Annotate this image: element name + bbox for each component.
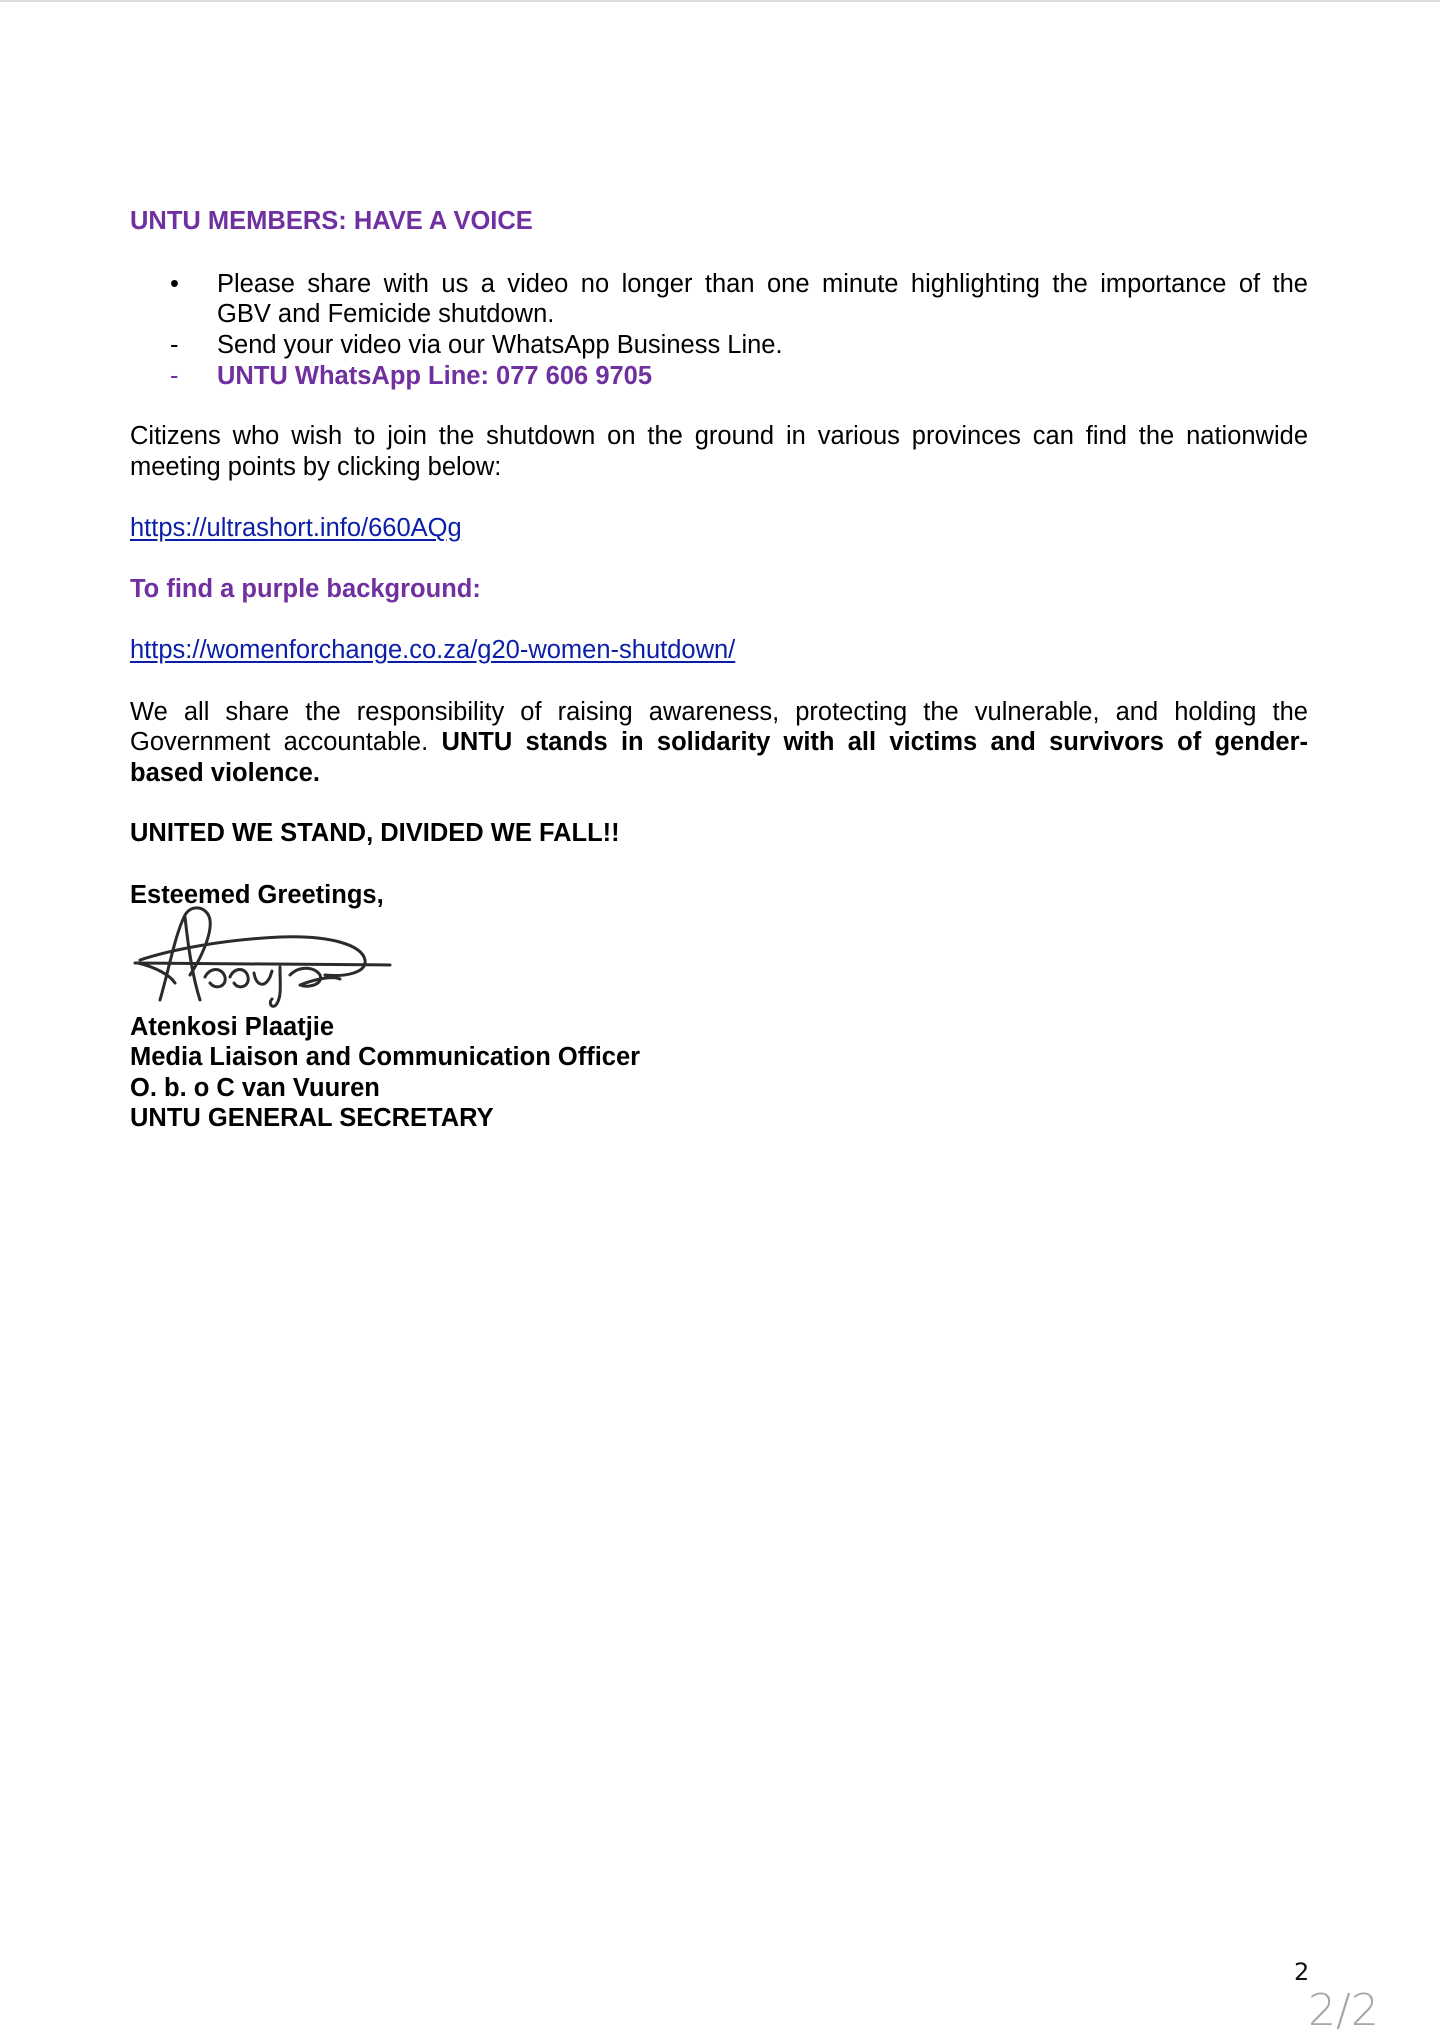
purple-background-label: To find a purple background:: [130, 574, 481, 605]
section-heading: UNTU MEMBERS: HAVE A VOICE: [130, 206, 533, 237]
solidarity-statement-cont: based violence.: [130, 758, 320, 789]
dash-marker: -: [170, 330, 179, 361]
bullet-marker: •: [170, 269, 179, 300]
viewer-top-border: [0, 0, 1440, 2]
closing-regular-text: Government accountable.: [130, 728, 441, 756]
citizens-paragraph: Citizens who wish to join the shutdown o…: [130, 421, 1308, 452]
list-item-video-request: Please share with us a video no longer t…: [217, 269, 1308, 300]
solidarity-statement: UNTU stands in solidarity with all victi…: [441, 728, 1308, 756]
list-item-send-video: Send your video via our WhatsApp Busines…: [217, 330, 783, 361]
page-number: 2: [1294, 1958, 1309, 1986]
dash-marker: -: [170, 361, 179, 392]
signatory-title: Media Liaison and Communication Officer: [130, 1042, 640, 1073]
closing-paragraph-line2: Government accountable. UNTU stands in s…: [130, 727, 1308, 758]
closing-paragraph: We all share the responsibility of raisi…: [130, 697, 1308, 728]
list-item-whatsapp-line: UNTU WhatsApp Line: 077 606 9705: [217, 361, 652, 392]
slogan: UNITED WE STAND, DIVIDED WE FALL!!: [130, 818, 620, 849]
womenforchange-link[interactable]: https://womenforchange.co.za/g20-women-s…: [130, 635, 735, 666]
viewer-page-indicator: 2/2: [1308, 1985, 1379, 2036]
meeting-points-link[interactable]: https://ultrashort.info/660AQg: [130, 513, 462, 544]
list-item-video-request-cont: GBV and Femicide shutdown.: [217, 299, 554, 330]
signatory-role: UNTU GENERAL SECRETARY: [130, 1103, 494, 1134]
signature-image: [130, 905, 400, 1015]
signatory-on-behalf: O. b. o C van Vuuren: [130, 1073, 380, 1104]
citizens-paragraph-cont: meeting points by clicking below:: [130, 452, 501, 483]
signatory-name: Atenkosi Plaatjie: [130, 1012, 334, 1043]
